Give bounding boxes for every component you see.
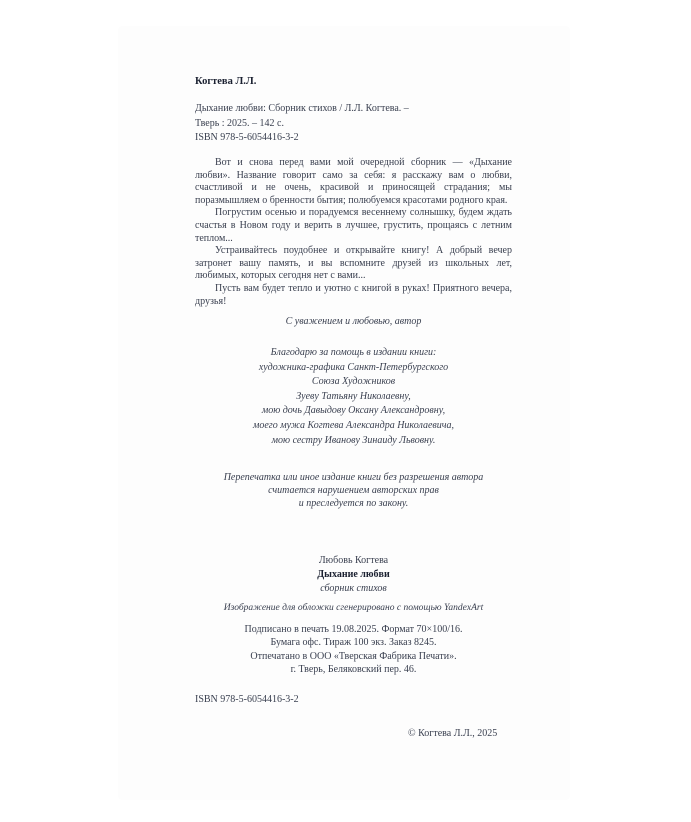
- pubinfo-line: г. Тверь, Беляковский пер. 46.: [195, 663, 512, 676]
- thanks-line: Зуеву Татьяну Николаевну,: [195, 390, 512, 405]
- bibliographic-description: Дыхание любви: Сборник стихов / Л.Л. Ког…: [195, 101, 515, 131]
- thanks-line: Союза Художников: [195, 375, 512, 390]
- publication-info: Подписано в печать 19.08.2025. Формат 70…: [195, 623, 512, 677]
- thanks-line: моего мужа Когтева Александра Николаевич…: [195, 419, 512, 434]
- author-heading: Когтева Л.Л.: [195, 76, 256, 87]
- colophon: Любовь Когтева Дыхание любви сборник сти…: [195, 554, 512, 596]
- isbn-bottom: ISBN 978-5-6054416-3-2: [195, 694, 299, 705]
- pubinfo-line: Подписано в печать 19.08.2025. Формат 70…: [195, 623, 512, 636]
- pubinfo-line: Отпечатано в ООО «Тверская Фабрика Печат…: [195, 650, 512, 663]
- thanks-line: мою дочь Давыдову Оксану Александровну,: [195, 404, 512, 419]
- regards-signature: С уважением и любовью, автор: [195, 316, 512, 327]
- intro-text: Вот и снова перед вами мой очередной сбо…: [195, 157, 512, 308]
- copyright-line: © Когтева Л.Л., 2025: [408, 728, 497, 739]
- copyright-notice: Перепечатка или иное издание книги без р…: [195, 471, 512, 510]
- biblio-line-2: Тверь : 2025. – 142 с.: [195, 116, 515, 131]
- pubinfo-line: Бумага офс. Тираж 100 экз. Заказ 8245.: [195, 636, 512, 649]
- isbn-top: ISBN 978-5-6054416-3-2: [195, 132, 299, 143]
- notice-line: Перепечатка или иное издание книги без р…: [195, 471, 512, 484]
- thanks-line: мою сестру Иванову Зинаиду Львовну.: [195, 434, 512, 449]
- notice-line: считается нарушением авторских прав: [195, 484, 512, 497]
- notice-line: и преследуется по закону.: [195, 497, 512, 510]
- intro-paragraph: Пусть вам будет тепло и уютно с книгой в…: [195, 283, 512, 308]
- intro-paragraph: Погрустим осенью и порадуемся весеннему …: [195, 207, 512, 245]
- colophon-subtitle: сборник стихов: [195, 582, 512, 596]
- colophon-title: Дыхание любви: [195, 568, 512, 582]
- intro-paragraph: Устраивайтесь поудобнее и открывайте кни…: [195, 245, 512, 283]
- thanks-line: художника-графика Санкт-Петербургского: [195, 361, 512, 376]
- biblio-line-1: Дыхание любви: Сборник стихов / Л.Л. Ког…: [195, 101, 515, 116]
- colophon-author: Любовь Когтева: [195, 554, 512, 568]
- acknowledgements: Благодарю за помощь в издании книги: худ…: [195, 346, 512, 448]
- intro-paragraph: Вот и снова перед вами мой очередной сбо…: [195, 157, 512, 207]
- cover-image-credit: Изображение для обложки сгенерировано с …: [195, 603, 512, 613]
- thanks-line: Благодарю за помощь в издании книги:: [195, 346, 512, 361]
